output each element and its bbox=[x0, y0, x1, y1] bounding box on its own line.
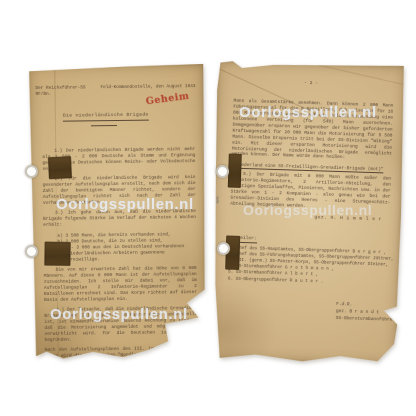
right-document-body: Mann als Gesamtstärke annehmen. Dann kön… bbox=[228, 99, 394, 288]
paragraph-2: 2.) Für die niederländische Brigade wird… bbox=[43, 175, 196, 207]
left-paper-sheet: Der Reichsführer-SS RF/Bn. Feld-Kommando… bbox=[28, 64, 207, 359]
title-underline bbox=[91, 125, 117, 126]
certification-block: F.d.R. gez. B r a n d t SS-Obersturmbann… bbox=[336, 302, 396, 324]
himmler-signature: gez. H. H i m m l e r bbox=[230, 213, 382, 223]
brigade-name-quote: "Niederland eine SS-Freiwilligen-Grenadi… bbox=[233, 163, 391, 173]
right-document-page: - 2 - Mann als Gesamtstärke annehmen. Da… bbox=[208, 60, 405, 365]
sender-line-2: RF/Bn. bbox=[36, 91, 86, 97]
sender-block: Der Reichsführer-SS RF/Bn. bbox=[35, 85, 85, 97]
tape-residue bbox=[48, 156, 72, 179]
dateline: Feld-Kommandostelle, den bbox=[100, 84, 163, 90]
pencil-margin-note: 4 bbox=[214, 196, 221, 207]
punch-hole bbox=[25, 165, 38, 178]
strength-list: a) 3 500 Mann, die bereits vorhanden sin… bbox=[57, 232, 196, 263]
paragraph-5: 4.) Der Tatsache, daß die niederländisch… bbox=[44, 306, 197, 343]
document-title: Die niederländische Brigade bbox=[63, 113, 149, 122]
left-document-page: Der Reichsführer-SS RF/Bn. Feld-Kommando… bbox=[28, 64, 207, 359]
distribution-list: 1. Chef des SS-Hauptamtes, SS-Obergruppe… bbox=[228, 246, 389, 288]
date-text: August 1943 bbox=[166, 84, 195, 90]
punch-hole bbox=[217, 242, 230, 255]
geheim-stamp: Geheim bbox=[145, 90, 190, 107]
paragraph-5: 5.) Der Brigade mit 8 000 Mann müßte auß… bbox=[230, 172, 391, 213]
punch-hole bbox=[25, 245, 38, 258]
sender-line-1: Der Reichsführer-SS bbox=[35, 85, 85, 91]
tape-residue bbox=[228, 154, 242, 188]
paragraph-intro: Mann als Gesamtstärke annehmen. Dann kön… bbox=[232, 99, 394, 163]
tape-residue bbox=[44, 242, 70, 266]
page-number: - 2 - bbox=[217, 78, 405, 89]
paragraph-3: 3.) Ich gehe davon aus, daß die niederlä… bbox=[43, 209, 196, 229]
photo-background: Der Reichsführer-SS RF/Bn. Feld-Kommando… bbox=[0, 0, 416, 416]
fdr-rank: SS-Obersturmbannführer bbox=[336, 315, 396, 324]
paragraph-6: Nach den Aufstellungsplänen des III. (ge… bbox=[45, 346, 198, 360]
paragraph-4: Die von mir erwartete Zahl hat die Höhe … bbox=[44, 266, 197, 303]
punch-hole bbox=[216, 165, 229, 178]
list-item-c: c) 2 - 3 000 aus den in Deutschland vorh… bbox=[57, 244, 196, 264]
right-paper-sheet: - 2 - Mann als Gesamtstärke annehmen. Da… bbox=[208, 60, 405, 365]
